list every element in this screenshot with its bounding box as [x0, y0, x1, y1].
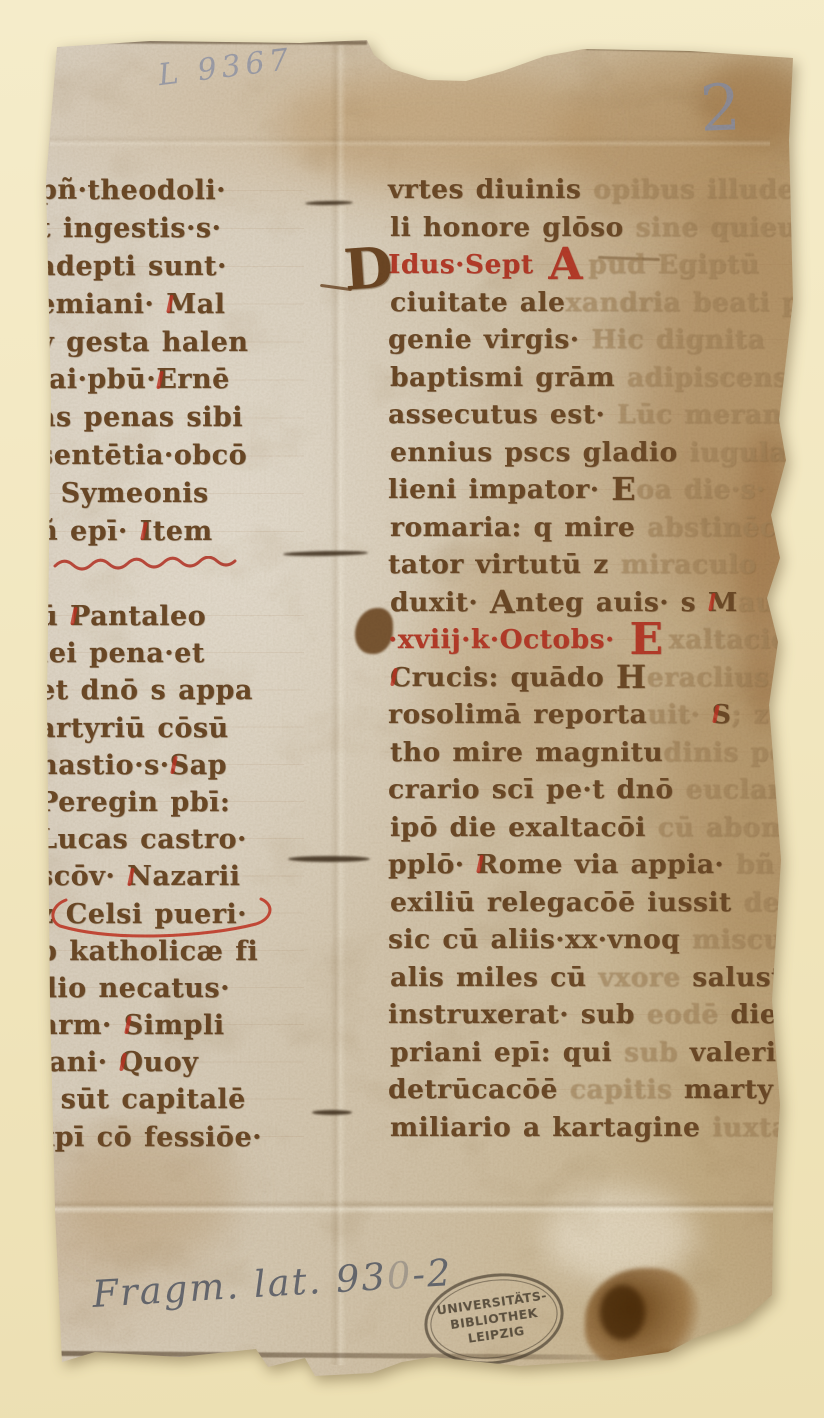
manuscript-text-segment: rucis: quādo — [412, 662, 616, 693]
manuscript-text-segment: vrtes diuinis — [388, 174, 593, 205]
manuscript-line: rosolimā reportauit· S; z pa — [388, 696, 812, 734]
manuscript-line: lai·pbū·Ernē — [38, 361, 304, 399]
manuscript-line: Lucas castro· — [38, 821, 304, 858]
manuscript-text-segment: baptismi grām — [390, 362, 627, 393]
stamp-line: BIBLIOTHEK — [449, 1305, 539, 1333]
manuscript-text-segment: dio necatus· — [38, 973, 230, 1004]
manuscript-line: nrm· Simpli — [38, 1007, 304, 1044]
manuscript-line: crario scī pe·t dnō euclante — [388, 771, 812, 809]
red-wavy-divider — [52, 556, 247, 574]
edge-shadow — [62, 39, 367, 45]
manuscript-text-segment: A — [490, 583, 515, 621]
left-text-column-upper: pñ·theodoli·t ingestis·s·adepti sunt·emi… — [38, 172, 304, 551]
manuscript-line: artyriū cōsū — [38, 710, 304, 747]
manuscript-text-segment: rosolimā reporta — [388, 699, 647, 730]
manuscript-text-segment: ciuitate ale — [390, 287, 565, 318]
manuscript-text-segment: duxit· — [390, 587, 490, 618]
manuscript-text-segment: ū — [38, 601, 70, 632]
manuscript-text-segment: lai·pbū· — [38, 364, 156, 395]
manuscript-text-segment: Lūc meranti — [617, 399, 805, 430]
stain-mark — [585, 1268, 700, 1368]
manuscript-text-segment: I — [140, 516, 153, 547]
manuscript-scan: pñ·theodoli·t ingestis·s·adepti sunt·emi… — [0, 0, 824, 1418]
manuscript-line: iani· Quoy — [38, 1044, 304, 1081]
manuscript-text-segment: miraculo — [620, 549, 756, 580]
manuscript-text-segment: emiani· — [38, 289, 166, 320]
manuscript-line: vrtes diuinis opibus illude — [388, 171, 812, 209]
manuscript-line: detrūcacōē capitis marty — [388, 1071, 812, 1109]
manuscript-text-segment: S — [712, 699, 732, 730]
manuscript-text-segment: crario scī pe·t dnō — [388, 774, 685, 805]
manuscript-text-segment: y gesta halen — [38, 327, 248, 358]
manuscript-line: ū Pantaleo — [38, 598, 304, 635]
manuscript-text-segment: xandria beati p — [565, 287, 800, 318]
manuscript-line: ciuitate alexandria beati p — [390, 284, 814, 322]
manuscript-text-segment: lieni impator· — [388, 474, 611, 505]
manuscript-text-segment: sic cū aliis·xx·vnoq — [388, 924, 692, 955]
manuscript-text-segment: nrm· — [38, 1010, 124, 1041]
manuscript-text-segment: S — [170, 750, 190, 781]
manuscript-text-segment: exiliū relegacōē iussit — [390, 887, 743, 918]
manuscript-line: romaria: q mire abstinēcia — [390, 509, 814, 547]
manuscript-text-segment: xpī cō fessiōe· — [38, 1122, 262, 1153]
manuscript-line: lieni impator· Eoa die·s· — [388, 471, 812, 509]
manuscript-line: baptismi grām adipiscens e — [390, 359, 814, 397]
manuscript-text-segment: al — [197, 289, 226, 320]
manuscript-line: Idus·Sept Apud Egiptū — [388, 246, 812, 284]
manuscript-text-segment: P — [38, 787, 58, 818]
manuscript-text-segment: tem — [153, 516, 213, 547]
manuscript-text-segment: miscui s — [692, 924, 821, 955]
manuscript-line: instruxerat· sub eodē die ple — [388, 996, 812, 1034]
manuscript-text-segment: instruxerat· sub — [388, 999, 647, 1030]
manuscript-line: alis miles cū vxore salustia — [390, 959, 814, 997]
manuscript-text-segment: ennius pscs gladio — [390, 437, 689, 468]
manuscript-line: y gesta halen — [38, 324, 304, 362]
manuscript-line: tator virtutū z miraculo — [388, 546, 812, 584]
manuscript-text-segment: et dnō s appa — [38, 675, 253, 706]
manuscript-text-segment: ñ epī· — [38, 516, 140, 547]
manuscript-text-segment: xaltacio — [669, 624, 789, 655]
manuscript-text-segment: ucas castro· — [57, 824, 246, 855]
manuscript-line: sic cū aliis·xx·vnoq miscui s — [388, 921, 812, 959]
manuscript-line: pñ·theodoli· — [38, 172, 304, 210]
manuscript-line: ennius pscs gladio iugula — [390, 434, 814, 472]
manuscript-text-segment: M — [708, 587, 738, 618]
manuscript-text-segment: tho mire magnitu — [390, 737, 663, 768]
manuscript-line: Crucis: quādo Heraclius ih — [390, 659, 814, 697]
manuscript-line: emiani· Mal — [38, 286, 304, 324]
manuscript-text-segment: i sūt capitalē — [38, 1084, 246, 1115]
parchment-slit — [312, 1110, 352, 1115]
manuscript-line: dio necatus· — [38, 970, 304, 1007]
manuscript-text-segment: uit· — [647, 699, 712, 730]
manuscript-text-segment: uoy — [143, 1047, 198, 1078]
manuscript-text-segment: L — [38, 824, 57, 855]
manuscript-text-segment: tator virtutū z — [388, 549, 620, 580]
manuscript-line: tho mire magnitudinis por — [390, 734, 814, 772]
manuscript-text-segment: nteg auis· s — [515, 587, 708, 618]
manuscript-text-segment: priani epī: qui — [390, 1037, 624, 1068]
manuscript-line: z Celsi pueri· — [38, 896, 304, 933]
manuscript-text-segment: pplō· — [388, 849, 476, 880]
manuscript-text-segment: bñ e — [736, 849, 804, 880]
manuscript-line: i sūt capitalē — [38, 1081, 304, 1118]
manuscript-text-segment: scōv· — [38, 861, 127, 892]
manuscript-text-segment: pud Egiptū — [588, 249, 759, 280]
manuscript-text-segment: valeriano — [690, 1037, 824, 1068]
stamp-line: LEIPZIG — [467, 1323, 526, 1347]
manuscript-line: b katholicæ fi — [38, 933, 304, 970]
manuscript-text-segment: Idus·Sept — [388, 249, 545, 280]
manuscript-text-segment: adipiscens e — [627, 362, 818, 393]
manuscript-text-segment: rnē — [177, 364, 230, 395]
manuscript-text-segment: eraclius ih — [647, 662, 812, 693]
manuscript-text-segment: iugula — [689, 437, 786, 468]
manuscript-text-segment: romaria: q mire — [390, 512, 647, 543]
manuscript-text-segment: eregin pbī: — [58, 787, 230, 818]
manuscript-text-segment: sine quieue — [635, 212, 814, 243]
manuscript-text-segment: t ingestis·s· — [38, 213, 221, 244]
right-text-column: vrtes diuinis opibus illudeli honore glō… — [388, 171, 812, 1146]
manuscript-text-segment: eodē — [647, 999, 731, 1030]
manuscript-text-segment: A — [548, 239, 583, 290]
manuscript-line: sentētia·obcō — [38, 437, 304, 475]
stain-mark — [640, 1350, 720, 1376]
manuscript-line: Peregin pbī: — [38, 784, 304, 821]
manuscript-text-segment: assecutus est· — [388, 399, 617, 430]
manuscript-line: scōv· Nazarii — [38, 858, 304, 895]
edge-shadow — [60, 1351, 640, 1360]
manuscript-text-segment: lei pena·et — [38, 638, 205, 669]
manuscript-text-segment: ap — [190, 750, 227, 781]
manuscript-text-segment: abstinēcia — [647, 512, 804, 543]
manuscript-text-segment: sub — [624, 1037, 690, 1068]
manuscript-text-segment: detrūcacōē — [388, 1074, 570, 1105]
margin-initial-d: D — [342, 234, 395, 303]
manuscript-text-segment: N — [127, 861, 152, 892]
manuscript-line: genie virgis· Hic dignita — [388, 321, 812, 359]
manuscript-text-segment: adepti sunt· — [38, 251, 227, 282]
left-text-column-lower: ū Pantaleolei pena·etet dnō s appaartyri… — [38, 598, 304, 1156]
manuscript-text-segment: iuxta — [712, 1112, 789, 1143]
manuscript-line: pplō· Rome via appia· bñ e — [388, 846, 812, 884]
manuscript-text-segment: E — [611, 470, 636, 508]
manuscript-text-segment: impli — [144, 1010, 225, 1041]
manuscript-text-segment: euclante — [685, 774, 817, 805]
manuscript-text-segment: capitis — [570, 1074, 684, 1105]
shelfmark-part-faint: 0 — [386, 1253, 414, 1297]
manuscript-text-segment: artyriū cōsū — [38, 713, 229, 744]
manuscript-text-segment: M — [166, 289, 196, 320]
manuscript-text-segment: marty — [684, 1074, 773, 1105]
manuscript-line: t ingestis·s· — [38, 210, 304, 248]
parchment-fragment: pñ·theodoli·t ingestis·s·adepti sunt·emi… — [0, 0, 824, 1418]
manuscript-text-segment: genie virgis· — [388, 324, 591, 355]
manuscript-text-segment: iani· — [38, 1047, 119, 1078]
manuscript-text-segment: ·xviij·k·Octobs· — [388, 624, 627, 655]
manuscript-text-segment: dinis por — [663, 737, 802, 768]
manuscript-text-segment: H — [616, 658, 647, 696]
manuscript-text-segment: oa die·s· — [636, 474, 765, 505]
manuscript-text-segment: au — [738, 587, 775, 618]
manuscript-text-segment: nastio·s· — [38, 750, 170, 781]
parchment-wrapper: pñ·theodoli·t ingestis·s·adepti sunt·emi… — [0, 0, 824, 1418]
manuscript-text-segment: b katholicæ fi — [38, 936, 258, 967]
manuscript-text-segment: vxore — [598, 962, 692, 993]
manuscript-line: exiliū relegacōē iussit dec — [390, 884, 814, 922]
pencil-leaf-number: 2 — [699, 71, 742, 146]
manuscript-line: assecutus est· Lūc meranti — [388, 396, 812, 434]
stain-mark — [600, 1285, 645, 1340]
horizontal-crease — [50, 135, 770, 147]
manuscript-text-segment: antaleo — [90, 601, 206, 632]
manuscript-text-segment: R — [476, 849, 499, 880]
manuscript-text-segment: li honore glōso — [390, 212, 635, 243]
manuscript-line: adepti sunt· — [38, 248, 304, 286]
manuscript-line: miliario a kartagine iuxta — [390, 1109, 814, 1147]
manuscript-text-segment: P — [70, 601, 90, 632]
manuscript-line: et dnō s appa — [38, 672, 304, 709]
manuscript-text-segment: ; z pa — [731, 699, 817, 730]
manuscript-text-segment: i Symeonis — [38, 478, 209, 509]
manuscript-line: ipō die exaltacōi cū abomni — [390, 809, 814, 847]
manuscript-text-segment: azarii — [152, 861, 240, 892]
pencil-shelfmark-bottom: Fragm. lat. 930-2 — [91, 1251, 454, 1316]
manuscript-line: ·xviij·k·Octobs· Exaltacio — [388, 621, 812, 659]
manuscript-text-segment: Q — [119, 1047, 143, 1078]
manuscript-text-segment: Hic dignita — [591, 324, 765, 355]
manuscript-text-segment: die ple — [730, 999, 824, 1030]
parchment-slit — [283, 550, 368, 556]
manuscript-text-segment: S — [124, 1010, 144, 1041]
edge-shadow — [586, 47, 791, 54]
horizontal-crease — [40, 1200, 780, 1214]
manuscript-line: priani epī: qui sub valeriano — [390, 1034, 814, 1072]
manuscript-text-segment: pñ·theodoli· — [38, 175, 226, 206]
manuscript-text-segment: dec — [743, 887, 796, 918]
manuscript-text-segment: opibus illude — [593, 174, 795, 205]
manuscript-line: duxit· Anteg auis· s Mau — [390, 584, 814, 622]
manuscript-line: ñ epī· Item — [38, 513, 304, 551]
manuscript-text-segment: z Celsi pueri· — [38, 899, 247, 930]
manuscript-line: i Symeonis — [38, 475, 304, 513]
pencil-shelfmark-top: L 9367 — [156, 42, 295, 93]
manuscript-text-segment: as penas sibi — [38, 402, 243, 433]
manuscript-text-segment: sentētia·obcō — [38, 440, 247, 471]
manuscript-line: li honore glōso sine quieue — [390, 209, 814, 247]
manuscript-line: xpī cō fessiōe· — [38, 1119, 304, 1156]
manuscript-text-segment: C — [390, 662, 412, 693]
manuscript-text-segment: cū abomni — [658, 812, 820, 843]
stain-mark — [690, 1378, 740, 1394]
manuscript-line: as penas sibi — [38, 399, 304, 437]
manuscript-line: nastio·s·Sap — [38, 747, 304, 784]
manuscript-text-segment: miliario a kartagine — [390, 1112, 712, 1143]
manuscript-text-segment: alis miles cū — [390, 962, 598, 993]
manuscript-line: lei pena·et — [38, 635, 304, 672]
manuscript-text-segment: ipō die exaltacōi — [390, 812, 658, 843]
stamp-line: UNIVERSITÄTS- — [436, 1287, 548, 1319]
manuscript-text-segment: E — [156, 364, 177, 395]
manuscript-text-segment: ome via appia· — [499, 849, 736, 880]
manuscript-text-segment: salustia — [692, 962, 812, 993]
